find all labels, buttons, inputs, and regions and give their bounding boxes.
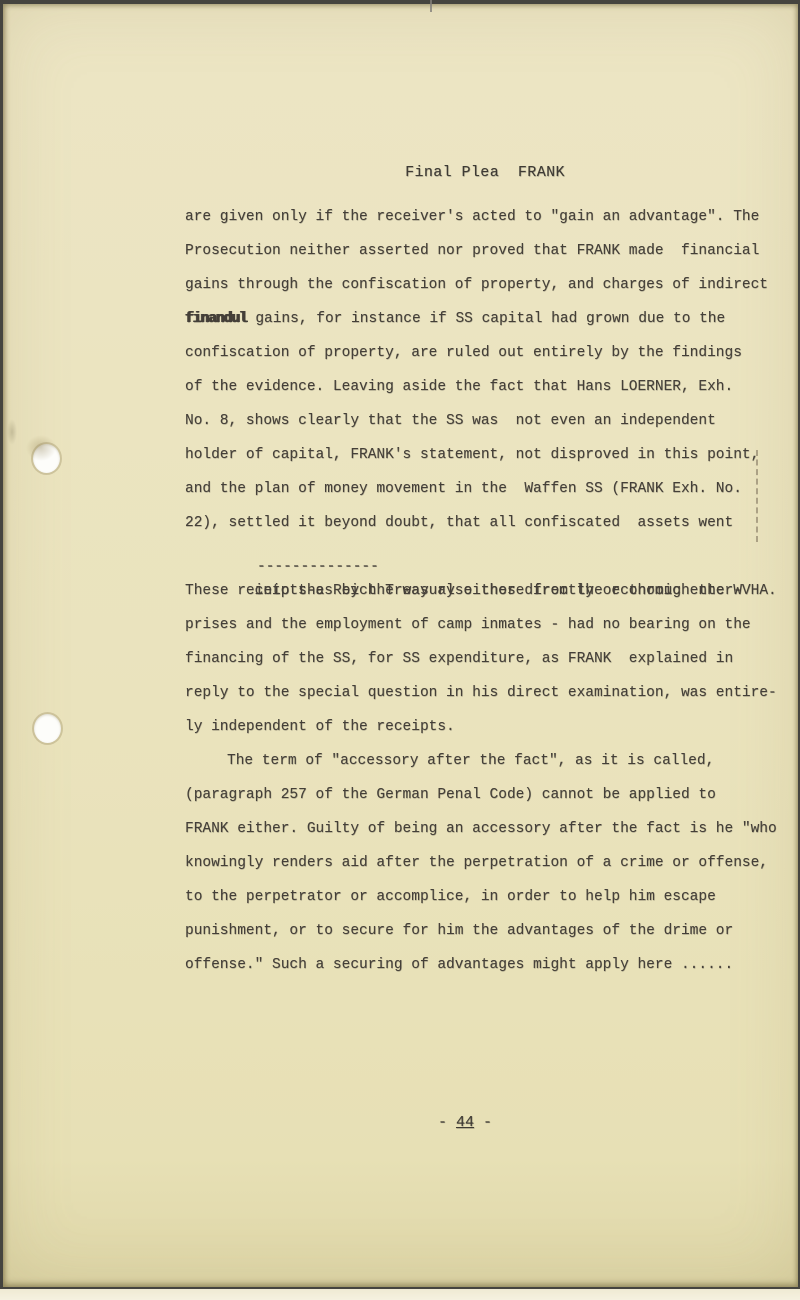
text-line: prises and the employment of camp inmate… bbox=[185, 608, 797, 642]
overtyped-word: finandul bbox=[185, 311, 247, 327]
page-number: - 44 - bbox=[185, 1114, 745, 1131]
text-line-paragraph-start: The term of "accessory after the fact", … bbox=[185, 744, 797, 778]
paper-sheet: Final Plea FRANK are given only if the r… bbox=[3, 4, 798, 1287]
page-title: Final Plea FRANK bbox=[185, 164, 785, 181]
text-line-reich-treasury: into the Reich Treasury either directly … bbox=[185, 540, 797, 574]
scan-edge-tick bbox=[430, 0, 432, 12]
text-line: knowingly renders aid after the perpetra… bbox=[185, 846, 797, 880]
text-line: Prosecution neither asserted nor proved … bbox=[185, 234, 797, 268]
text-line: 22), settled it beyond doubt, that all c… bbox=[185, 506, 797, 540]
text-line: gains through the confiscation of proper… bbox=[185, 268, 797, 302]
text-line: of the evidence. Leaving aside the fact … bbox=[185, 370, 797, 404]
text-line: confiscation of property, are ruled out … bbox=[185, 336, 797, 370]
text-line: and the plan of money movement in the Wa… bbox=[185, 472, 797, 506]
text-line: reply to the special question in his dir… bbox=[185, 676, 797, 710]
scan-bottom-strip bbox=[0, 1289, 800, 1300]
text-line: offense." Such a securing of advantages … bbox=[185, 948, 797, 982]
text-line: to the perpetrator or accomplice, in ord… bbox=[185, 880, 797, 914]
scanned-document-page: Final Plea FRANK are given only if the r… bbox=[0, 0, 800, 1300]
text-line: (paragraph 257 of the German Penal Code)… bbox=[185, 778, 797, 812]
text-line: financing of the SS, for SS expenditure,… bbox=[185, 642, 797, 676]
text-line: are given only if the receiver's acted t… bbox=[185, 200, 797, 234]
text-line: These receipts-as by the way also those … bbox=[185, 574, 797, 608]
edge-smudge bbox=[7, 419, 17, 445]
text-line: ly independent of the receipts. bbox=[185, 710, 797, 744]
text-line: finandul gains, for instance if SS capit… bbox=[185, 302, 797, 336]
text-line: punishment, or to secure for him the adv… bbox=[185, 914, 797, 948]
punch-hole-bottom bbox=[34, 714, 61, 743]
punch-hole-top bbox=[33, 444, 60, 473]
text-line: No. 8, shows clearly that the SS was not… bbox=[185, 404, 797, 438]
body-text: are given only if the receiver's acted t… bbox=[185, 200, 797, 982]
margin-pencil-mark bbox=[756, 450, 758, 542]
text-line: FRANK either. Guilty of being an accesso… bbox=[185, 812, 797, 846]
text-line: holder of capital, FRANK's statement, no… bbox=[185, 438, 797, 472]
